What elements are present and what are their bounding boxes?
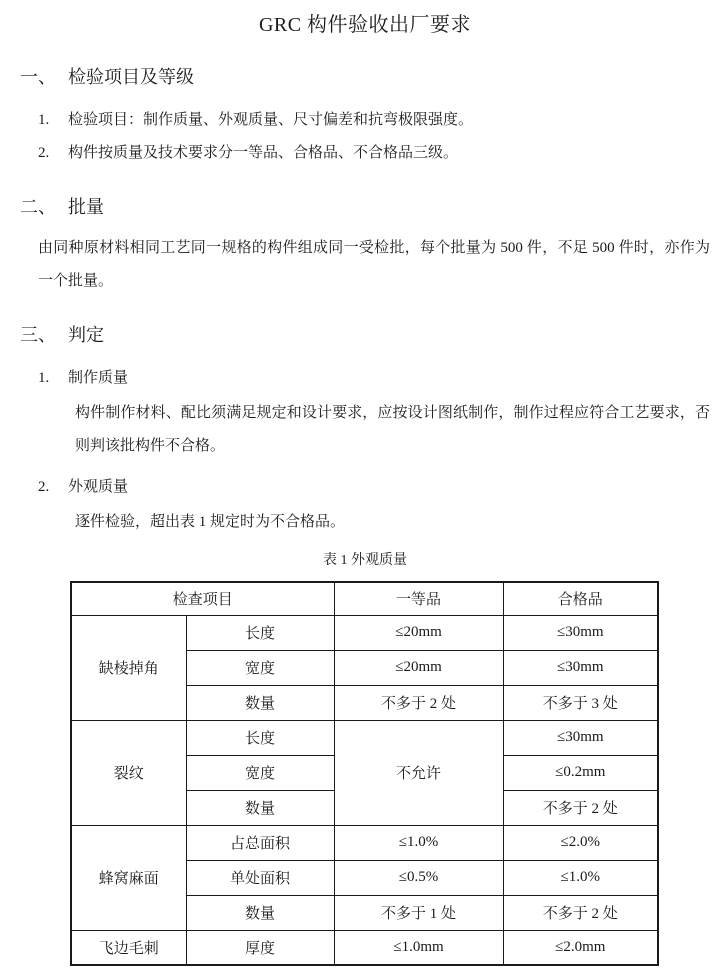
value-cell: ≤30mm: [503, 615, 658, 650]
document-title: GRC 构件验收出厂要求: [20, 10, 710, 40]
table-row: 飞边毛刺 厚度 ≤1.0mm ≤2.0mm: [71, 930, 658, 965]
item-cell: 数量: [186, 790, 334, 825]
section-heading-text: 检验项目及等级: [68, 64, 194, 90]
item-cell: 厚度: [186, 930, 334, 965]
list-item: 1. 制作质量: [20, 362, 710, 395]
section-3-list: 1. 制作质量 构件制作材料、配比须满足规定和设计要求，应按设计图纸制作，制作过…: [20, 362, 710, 539]
list-text: 外观质量: [68, 471, 128, 504]
table-row: 蜂窝麻面 占总面积 ≤1.0% ≤2.0%: [71, 825, 658, 860]
value-cell-merged: 不允许: [334, 720, 503, 825]
appearance-quality-table: 检查项目 一等品 合格品 缺棱掉角 长度 ≤20mm ≤30mm 宽度 ≤20m…: [70, 581, 659, 966]
value-cell: ≤0.5%: [334, 860, 503, 895]
list-number: 2.: [38, 137, 68, 170]
value-cell: ≤1.0%: [503, 860, 658, 895]
section-1-list: 1. 检验项目：制作质量、外观质量、尺寸偏差和抗弯极限强度。 2. 构件按质量及…: [20, 104, 710, 170]
list-text: 构件按质量及技术要求分一等品、合格品、不合格品三级。: [68, 137, 458, 170]
list-number: 1.: [38, 104, 68, 137]
group-cell: 飞边毛刺: [71, 930, 186, 965]
value-cell: 不多于 2 处: [334, 685, 503, 720]
value-cell: ≤1.0mm: [334, 930, 503, 965]
value-cell: ≤30mm: [503, 720, 658, 755]
section-heading-text: 批量: [68, 194, 104, 220]
table-row: 缺棱掉角 长度 ≤20mm ≤30mm: [71, 615, 658, 650]
list-item: 2. 构件按质量及技术要求分一等品、合格品、不合格品三级。: [20, 137, 710, 170]
section-number: 三、: [20, 322, 68, 348]
list-text: 制作质量: [68, 362, 128, 395]
list-item: 1. 检验项目：制作质量、外观质量、尺寸偏差和抗弯极限强度。: [20, 104, 710, 137]
list-number: 2.: [38, 471, 68, 504]
header-cell-first-grade: 一等品: [334, 582, 503, 615]
item-cell: 长度: [186, 720, 334, 755]
section-2-paragraph: 由同种原材料相同工艺同一规格的构件组成同一受检批，每个批量为 500 件，不足 …: [38, 232, 710, 298]
section-heading-text: 判定: [68, 322, 104, 348]
list-item-detail: 逐件检验，超出表 1 规定时为不合格品。: [75, 506, 710, 539]
item-cell: 宽度: [186, 650, 334, 685]
document-body: GRC 构件验收出厂要求 一、 检验项目及等级 1. 检验项目：制作质量、外观质…: [0, 0, 728, 966]
value-cell: ≤20mm: [334, 650, 503, 685]
value-cell: 不多于 3 处: [503, 685, 658, 720]
value-cell: ≤20mm: [334, 615, 503, 650]
table-row: 裂纹 长度 不允许 ≤30mm: [71, 720, 658, 755]
value-cell: ≤1.0%: [334, 825, 503, 860]
item-cell: 宽度: [186, 755, 334, 790]
value-cell: ≤2.0mm: [503, 930, 658, 965]
section-heading-1: 一、 检验项目及等级: [20, 64, 710, 90]
value-cell: ≤2.0%: [503, 825, 658, 860]
section-number: 一、: [20, 64, 68, 90]
item-cell: 数量: [186, 685, 334, 720]
table-header-row: 检查项目 一等品 合格品: [71, 582, 658, 615]
section-heading-3: 三、 判定: [20, 322, 710, 348]
value-cell: 不多于 2 处: [503, 790, 658, 825]
header-cell-item: 检查项目: [71, 582, 334, 615]
list-text: 检验项目：制作质量、外观质量、尺寸偏差和抗弯极限强度。: [68, 104, 473, 137]
value-cell: 不多于 2 处: [503, 895, 658, 930]
section-number: 二、: [20, 194, 68, 220]
item-cell: 长度: [186, 615, 334, 650]
value-cell: 不多于 1 处: [334, 895, 503, 930]
table-caption: 表 1 外观质量: [20, 551, 710, 571]
item-cell: 单处面积: [186, 860, 334, 895]
list-item-detail: 构件制作材料、配比须满足规定和设计要求，应按设计图纸制作，制作过程应符合工艺要求…: [75, 397, 710, 463]
group-cell: 裂纹: [71, 720, 186, 825]
value-cell: ≤0.2mm: [503, 755, 658, 790]
section-heading-2: 二、 批量: [20, 194, 710, 220]
list-number: 1.: [38, 362, 68, 395]
item-cell: 数量: [186, 895, 334, 930]
item-cell: 占总面积: [186, 825, 334, 860]
list-item: 2. 外观质量: [20, 471, 710, 504]
group-cell: 缺棱掉角: [71, 615, 186, 720]
header-cell-qualified: 合格品: [503, 582, 658, 615]
group-cell: 蜂窝麻面: [71, 825, 186, 930]
value-cell: ≤30mm: [503, 650, 658, 685]
document-page: GRC 构件验收出厂要求 一、 检验项目及等级 1. 检验项目：制作质量、外观质…: [0, 0, 728, 968]
